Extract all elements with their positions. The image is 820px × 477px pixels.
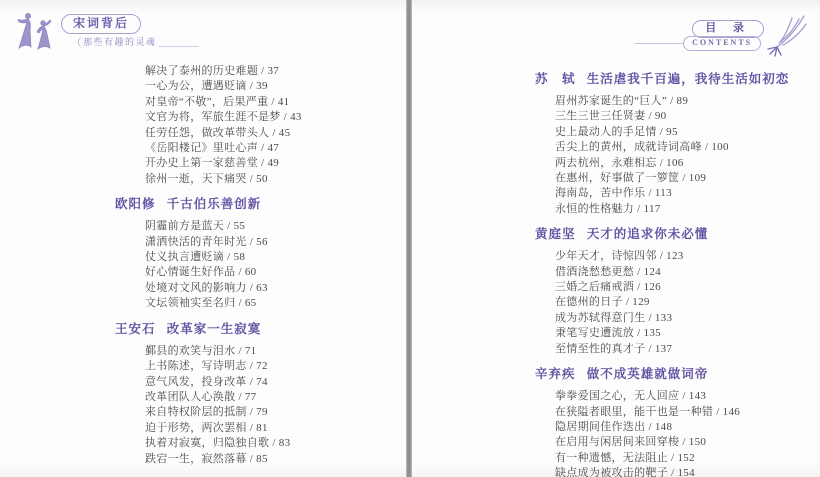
entry-page-number: 146: [723, 406, 740, 418]
entry-label: 在启用与闲居间来回穿梭: [555, 436, 679, 448]
entry-label: 来自特权阶层的抵制: [145, 406, 247, 418]
toc-entry: 开办史上第一家慈善堂 / 49: [115, 156, 383, 171]
toc-entry: 隐居期间佳作迭出 / 148: [535, 420, 815, 435]
entry-separator: /: [645, 343, 654, 355]
toc-entry: 海南岛，苦中作乐 / 113: [535, 186, 815, 201]
entry-label: 文坛领袖实至名归: [145, 297, 235, 309]
toc-entry: 意气风发，投身改革 / 74: [115, 375, 383, 390]
section-header: 辛弃疾做不成英雄就做词帝: [535, 366, 815, 383]
entry-page-number: 37: [267, 65, 279, 77]
entry-page-number: 71: [245, 345, 257, 357]
toc-section: 黄庭坚天才的追求你未必懂少年天才，诗惊四邻 / 123借酒浇愁愁更愁 / 124…: [535, 226, 815, 357]
toc-entry: 徐州一逝，天下痛哭 / 50: [115, 172, 383, 187]
book-title-badge: 宋词背后: [61, 14, 141, 34]
entry-separator: /: [645, 312, 654, 324]
toc-section: 解决了泰州的历史难题 / 37一心为公，遭遇贬谪 / 39对皇帝“不敬”，后果严…: [115, 64, 383, 187]
entry-label: 徐州一逝，天下痛哭: [145, 173, 247, 185]
entry-label: 开办史上第一家慈善堂: [145, 157, 258, 169]
toc-entry: 上书陈述，写诗明志 / 72: [115, 359, 383, 374]
entry-separator: /: [235, 297, 244, 309]
entry-page-number: 133: [655, 312, 672, 324]
toc-entry: 文官为将，军旅生涯不是梦 / 43: [115, 110, 383, 125]
section-author-name: 黄庭坚: [535, 227, 576, 241]
entry-separator: /: [679, 172, 688, 184]
entry-label: 文官为将，军旅生涯不是梦: [145, 111, 281, 123]
entry-label: 好心情诞生好作品: [145, 266, 235, 278]
entry-separator: /: [269, 127, 278, 139]
entry-page-number: 100: [711, 141, 728, 153]
entry-label: 迫于形势，两次罢相: [145, 422, 247, 434]
toc-entry: 三婚之后痛戒酒 / 126: [535, 280, 815, 295]
entry-page-number: 150: [689, 436, 706, 448]
right-page: 目 录 CONTENTS 苏 轼生活虐我千百遍，我待生活如初恋眉州苏家诞生的“巨…: [413, 0, 820, 477]
toc-entry: 处境对文风的影响力 / 63: [115, 281, 383, 296]
toc-section: 辛弃疾做不成英雄就做词帝拳拳爱国之心，无人回应 / 143在狭隘者眼里，能干也是…: [535, 366, 815, 477]
entry-page-number: 89: [677, 95, 689, 107]
contents-en-row: CONTENTS: [635, 36, 761, 51]
entry-page-number: 77: [245, 391, 257, 403]
entry-label: 鄞县的欢笑与泪水: [145, 345, 235, 357]
entry-label: 有一种遗憾，无法阻止: [555, 452, 668, 464]
entry-page-number: 129: [632, 296, 649, 308]
section-author-name: 欧阳修: [115, 197, 156, 211]
section-author-name: 王安石: [115, 322, 156, 336]
toc-column-right: 苏 轼生活虐我千百遍，我待生活如初恋眉州苏家诞生的“巨人” / 89三生三世三任…: [535, 62, 815, 477]
entry-page-number: 56: [256, 236, 268, 248]
toc-entry: 拳拳爱国之心，无人回应 / 143: [535, 389, 815, 404]
entry-page-number: 60: [245, 266, 257, 278]
entry-page-number: 126: [644, 281, 661, 293]
entry-page-number: 123: [666, 250, 683, 262]
section-header: 黄庭坚天才的追求你未必懂: [535, 226, 815, 243]
entry-label: 秉笔写史遭流放: [555, 327, 634, 339]
entry-separator: /: [634, 266, 643, 278]
entry-page-number: 135: [644, 327, 661, 339]
entry-page-number: 143: [689, 390, 706, 402]
toc-entry: 舌尖上的黄州，成就诗词高峰 / 100: [535, 140, 815, 155]
entry-separator: /: [247, 360, 256, 372]
toc-entry: 改革团队人心涣散 / 77: [115, 390, 383, 405]
left-page: 宋词背后 （ 那些有趣的灵魂 解决了泰州的历史难题 / 37一心为公，遭遇贬谪 …: [0, 0, 406, 477]
toc-entry: 对皇帝“不敬”，后果严重 / 41: [115, 95, 383, 110]
entry-page-number: 148: [655, 421, 672, 433]
book-spine: [406, 0, 412, 477]
entry-label: 任劳任怨，做改革带头人: [145, 127, 269, 139]
toc-section: 王安石改革家一生寂寞鄞县的欢笑与泪水 / 71上书陈述，写诗明志 / 72意气风…: [115, 321, 383, 467]
toc-entry: 文坛领袖实至名归 / 65: [115, 296, 383, 311]
toc-entry: 三生三世三任贤妻 / 90: [535, 109, 815, 124]
entry-label: 一心为公，遭遇贬谪: [145, 80, 247, 92]
book-subtitle-row: （ 那些有趣的灵魂: [71, 36, 199, 49]
entry-label: 仗义执言遭贬谪: [145, 251, 224, 263]
entry-separator: /: [634, 203, 643, 215]
entry-separator: /: [247, 80, 256, 92]
toc-entry: 有一种遗憾，无法阻止 / 152: [535, 451, 815, 466]
entry-separator: /: [247, 406, 256, 418]
book-brand-header: 宋词背后 （ 那些有趣的灵魂: [16, 10, 199, 52]
entry-label: 海南岛，苦中作乐: [555, 187, 645, 199]
entry-separator: /: [235, 266, 244, 278]
entry-separator: /: [247, 282, 256, 294]
entry-separator: /: [247, 236, 256, 248]
entry-separator: /: [667, 95, 676, 107]
section-title: 千古伯乐善创新: [167, 197, 262, 211]
contents-title-cn: 目 录: [705, 22, 751, 34]
toc-entry: 两去杭州，永难相忘 / 106: [535, 156, 815, 171]
orchid-sprig-icon: [756, 14, 808, 62]
entry-page-number: 124: [644, 266, 661, 278]
entry-page-number: 41: [278, 96, 290, 108]
toc-entry: 在启用与闲居间来回穿梭 / 150: [535, 435, 815, 450]
entry-label: 借酒浇愁愁更愁: [555, 266, 634, 278]
toc-entry: 阴霾前方是蓝天 / 55: [115, 219, 383, 234]
toc-entry: 秉笔写史遭流放 / 135: [535, 326, 815, 341]
entry-separator: /: [645, 187, 654, 199]
entry-label: 拳拳爱国之心，无人回应: [555, 390, 679, 402]
entry-separator: /: [679, 390, 688, 402]
book-spread: 宋词背后 （ 那些有趣的灵魂 解决了泰州的历史难题 / 37一心为公，遭遇贬谪 …: [0, 0, 820, 477]
toc-section: 苏 轼生活虐我千百遍，我待生活如初恋眉州苏家诞生的“巨人” / 89三生三世三任…: [535, 71, 815, 217]
entry-separator: /: [224, 220, 233, 232]
entry-label: 至情至性的真才子: [555, 343, 645, 355]
section-title: 生活虐我千百遍，我待生活如初恋: [587, 72, 790, 86]
toc-entry: 执着对寂寞，归隐独自歌 / 83: [115, 436, 383, 451]
toc-entry: 在狭隘者眼里，能干也是一种错 / 146: [535, 405, 815, 420]
entry-separator: /: [657, 157, 666, 169]
entry-page-number: 117: [644, 203, 661, 215]
entry-separator: /: [247, 453, 256, 465]
entry-label: 意气风发，投身改革: [145, 376, 247, 388]
toc-entry: 解决了泰州的历史难题 / 37: [115, 64, 383, 79]
entry-label: 成为苏轼得意门生: [555, 312, 645, 324]
subtitle-rule: [159, 46, 199, 47]
entry-label: 隐居期间佳作迭出: [555, 421, 645, 433]
entry-separator: /: [645, 421, 654, 433]
entry-page-number: 45: [279, 127, 291, 139]
entry-label: 三婚之后痛戒酒: [555, 281, 634, 293]
entry-page-number: 90: [655, 110, 667, 122]
toc-entry: 好心情诞生好作品 / 60: [115, 265, 383, 280]
entry-separator: /: [281, 111, 290, 123]
entry-label: 三生三世三任贤妻: [555, 110, 645, 122]
entry-page-number: 49: [267, 157, 279, 169]
entry-label: 舌尖上的黄州，成就诗词高峰: [555, 141, 702, 153]
entry-label: 史上最动人的手足情: [555, 126, 657, 138]
entry-label: 处境对文风的影响力: [145, 282, 247, 294]
entry-page-number: 74: [256, 376, 268, 388]
toc-entry: 跌宕一生，寂然落幕 / 85: [115, 452, 383, 467]
entry-separator: /: [623, 296, 632, 308]
entry-page-number: 95: [666, 126, 678, 138]
entry-separator: /: [235, 345, 244, 357]
entry-label: 两去杭州，永难相忘: [555, 157, 657, 169]
entry-page-number: 152: [677, 452, 694, 464]
contents-header: 目 录 CONTENTS: [692, 20, 764, 51]
entry-page-number: 113: [655, 187, 672, 199]
section-header: 王安石改革家一生寂寞: [115, 321, 383, 338]
entry-page-number: 109: [689, 172, 706, 184]
brand-text: 宋词背后 （ 那些有趣的灵魂: [61, 14, 199, 49]
entry-separator: /: [269, 437, 278, 449]
entry-separator: /: [247, 422, 256, 434]
entry-page-number: 43: [290, 111, 302, 123]
entry-separator: /: [713, 406, 722, 418]
entry-label: 对皇帝“不敬”，后果严重: [145, 96, 268, 108]
toc-entry: 仗义执言遭贬谪 / 58: [115, 250, 383, 265]
entry-page-number: 50: [256, 173, 268, 185]
entry-page-number: 83: [279, 437, 291, 449]
entry-label: 缺点成为被攻击的靶子: [555, 467, 668, 477]
toc-entry: 至情至性的真才子 / 137: [535, 342, 815, 357]
section-title: 做不成英雄就做词帝: [587, 367, 709, 381]
entry-separator: /: [645, 110, 654, 122]
entry-separator: /: [634, 281, 643, 293]
entry-page-number: 65: [245, 297, 257, 309]
entry-page-number: 137: [655, 343, 672, 355]
toc-entry: 潇洒快活的青年时光 / 56: [115, 235, 383, 250]
entry-page-number: 81: [256, 422, 268, 434]
entry-separator: /: [268, 96, 277, 108]
section-title: 天才的追求你未必懂: [587, 227, 709, 241]
bracket-ornament: （: [71, 37, 82, 49]
entry-page-number: 55: [234, 220, 246, 232]
toc-entry: 一心为公，遭遇贬谪 / 39: [115, 79, 383, 94]
entry-label: 执着对寂寞，归隐独自歌: [145, 437, 269, 449]
section-author-name: 辛弃疾: [535, 367, 576, 381]
section-title: 改革家一生寂寞: [167, 322, 262, 336]
toc-entry: 《岳阳楼记》里吐心声 / 47: [115, 141, 383, 156]
entry-separator: /: [679, 436, 688, 448]
entry-separator: /: [634, 327, 643, 339]
entry-label: 上书陈述，写诗明志: [145, 360, 247, 372]
toc-entry: 缺点成为被攻击的靶子 / 154: [535, 466, 815, 477]
entry-label: 眉州苏家诞生的“巨人”: [555, 95, 667, 107]
toc-entry: 鄞县的欢笑与泪水 / 71: [115, 344, 383, 359]
entry-page-number: 85: [256, 453, 268, 465]
entry-page-number: 106: [666, 157, 683, 169]
entry-label: 《岳阳楼记》里吐心声: [145, 142, 258, 154]
entry-label: 少年天才，诗惊四邻: [555, 250, 657, 262]
entry-page-number: 58: [234, 251, 246, 263]
entry-page-number: 39: [256, 80, 268, 92]
entry-page-number: 154: [677, 467, 694, 477]
toc-entry: 在德州的日子 / 129: [535, 295, 815, 310]
toc-entry: 在惠州，好事做了一箩筐 / 109: [535, 171, 815, 186]
entry-label: 在德州的日子: [555, 296, 623, 308]
entry-label: 阴霾前方是蓝天: [145, 220, 224, 232]
toc-entry: 史上最动人的手足情 / 95: [535, 125, 815, 140]
toc-section: 欧阳修千古伯乐善创新阴霾前方是蓝天 / 55潇洒快活的青年时光 / 56仗义执言…: [115, 196, 383, 311]
toc-entry: 少年天才，诗惊四邻 / 123: [535, 249, 815, 264]
toc-entry: 成为苏轼得意门生 / 133: [535, 311, 815, 326]
book-subtitle: 那些有趣的灵魂: [82, 36, 159, 49]
toc-entry: 迫于形势，两次罢相 / 81: [115, 421, 383, 436]
entry-label: 永恒的性格魅力: [555, 203, 634, 215]
section-header: 欧阳修千古伯乐善创新: [115, 196, 383, 213]
entry-label: 跌宕一生，寂然落幕: [145, 453, 247, 465]
entry-label: 改革团队人心涣散: [145, 391, 235, 403]
entry-label: 在惠州，好事做了一箩筐: [555, 172, 679, 184]
entry-separator: /: [247, 173, 256, 185]
section-author-name: 苏 轼: [535, 72, 576, 86]
entry-page-number: 47: [267, 142, 279, 154]
entry-label: 潇洒快活的青年时光: [145, 236, 247, 248]
entry-label: 解决了泰州的历史难题: [145, 65, 258, 77]
toc-entry: 眉州苏家诞生的“巨人” / 89: [535, 94, 815, 109]
toc-entry: 来自特权阶层的抵制 / 79: [115, 405, 383, 420]
entry-page-number: 72: [256, 360, 268, 372]
toc-entry: 任劳任怨，做改革带头人 / 45: [115, 126, 383, 141]
entry-label: 在狭隘者眼里，能干也是一种错: [555, 406, 713, 418]
contents-rule: [635, 43, 683, 44]
entry-separator: /: [247, 376, 256, 388]
entry-separator: /: [657, 126, 666, 138]
entry-separator: /: [702, 141, 711, 153]
dancing-figures-icon: [16, 10, 54, 52]
entry-separator: /: [657, 250, 666, 262]
toc-entry: 永恒的性格魅力 / 117: [535, 202, 815, 217]
entry-separator: /: [235, 391, 244, 403]
toc-column-left: 解决了泰州的历史难题 / 37一心为公，遭遇贬谪 / 39对皇帝“不敬”，后果严…: [115, 64, 383, 467]
contents-title-en: CONTENTS: [683, 36, 761, 51]
entry-separator: /: [224, 251, 233, 263]
toc-entry: 借酒浇愁愁更愁 / 124: [535, 265, 815, 280]
entry-page-number: 79: [256, 406, 268, 418]
book-title: 宋词背后: [73, 16, 129, 30]
section-header: 苏 轼生活虐我千百遍，我待生活如初恋: [535, 71, 815, 88]
entry-page-number: 63: [256, 282, 268, 294]
